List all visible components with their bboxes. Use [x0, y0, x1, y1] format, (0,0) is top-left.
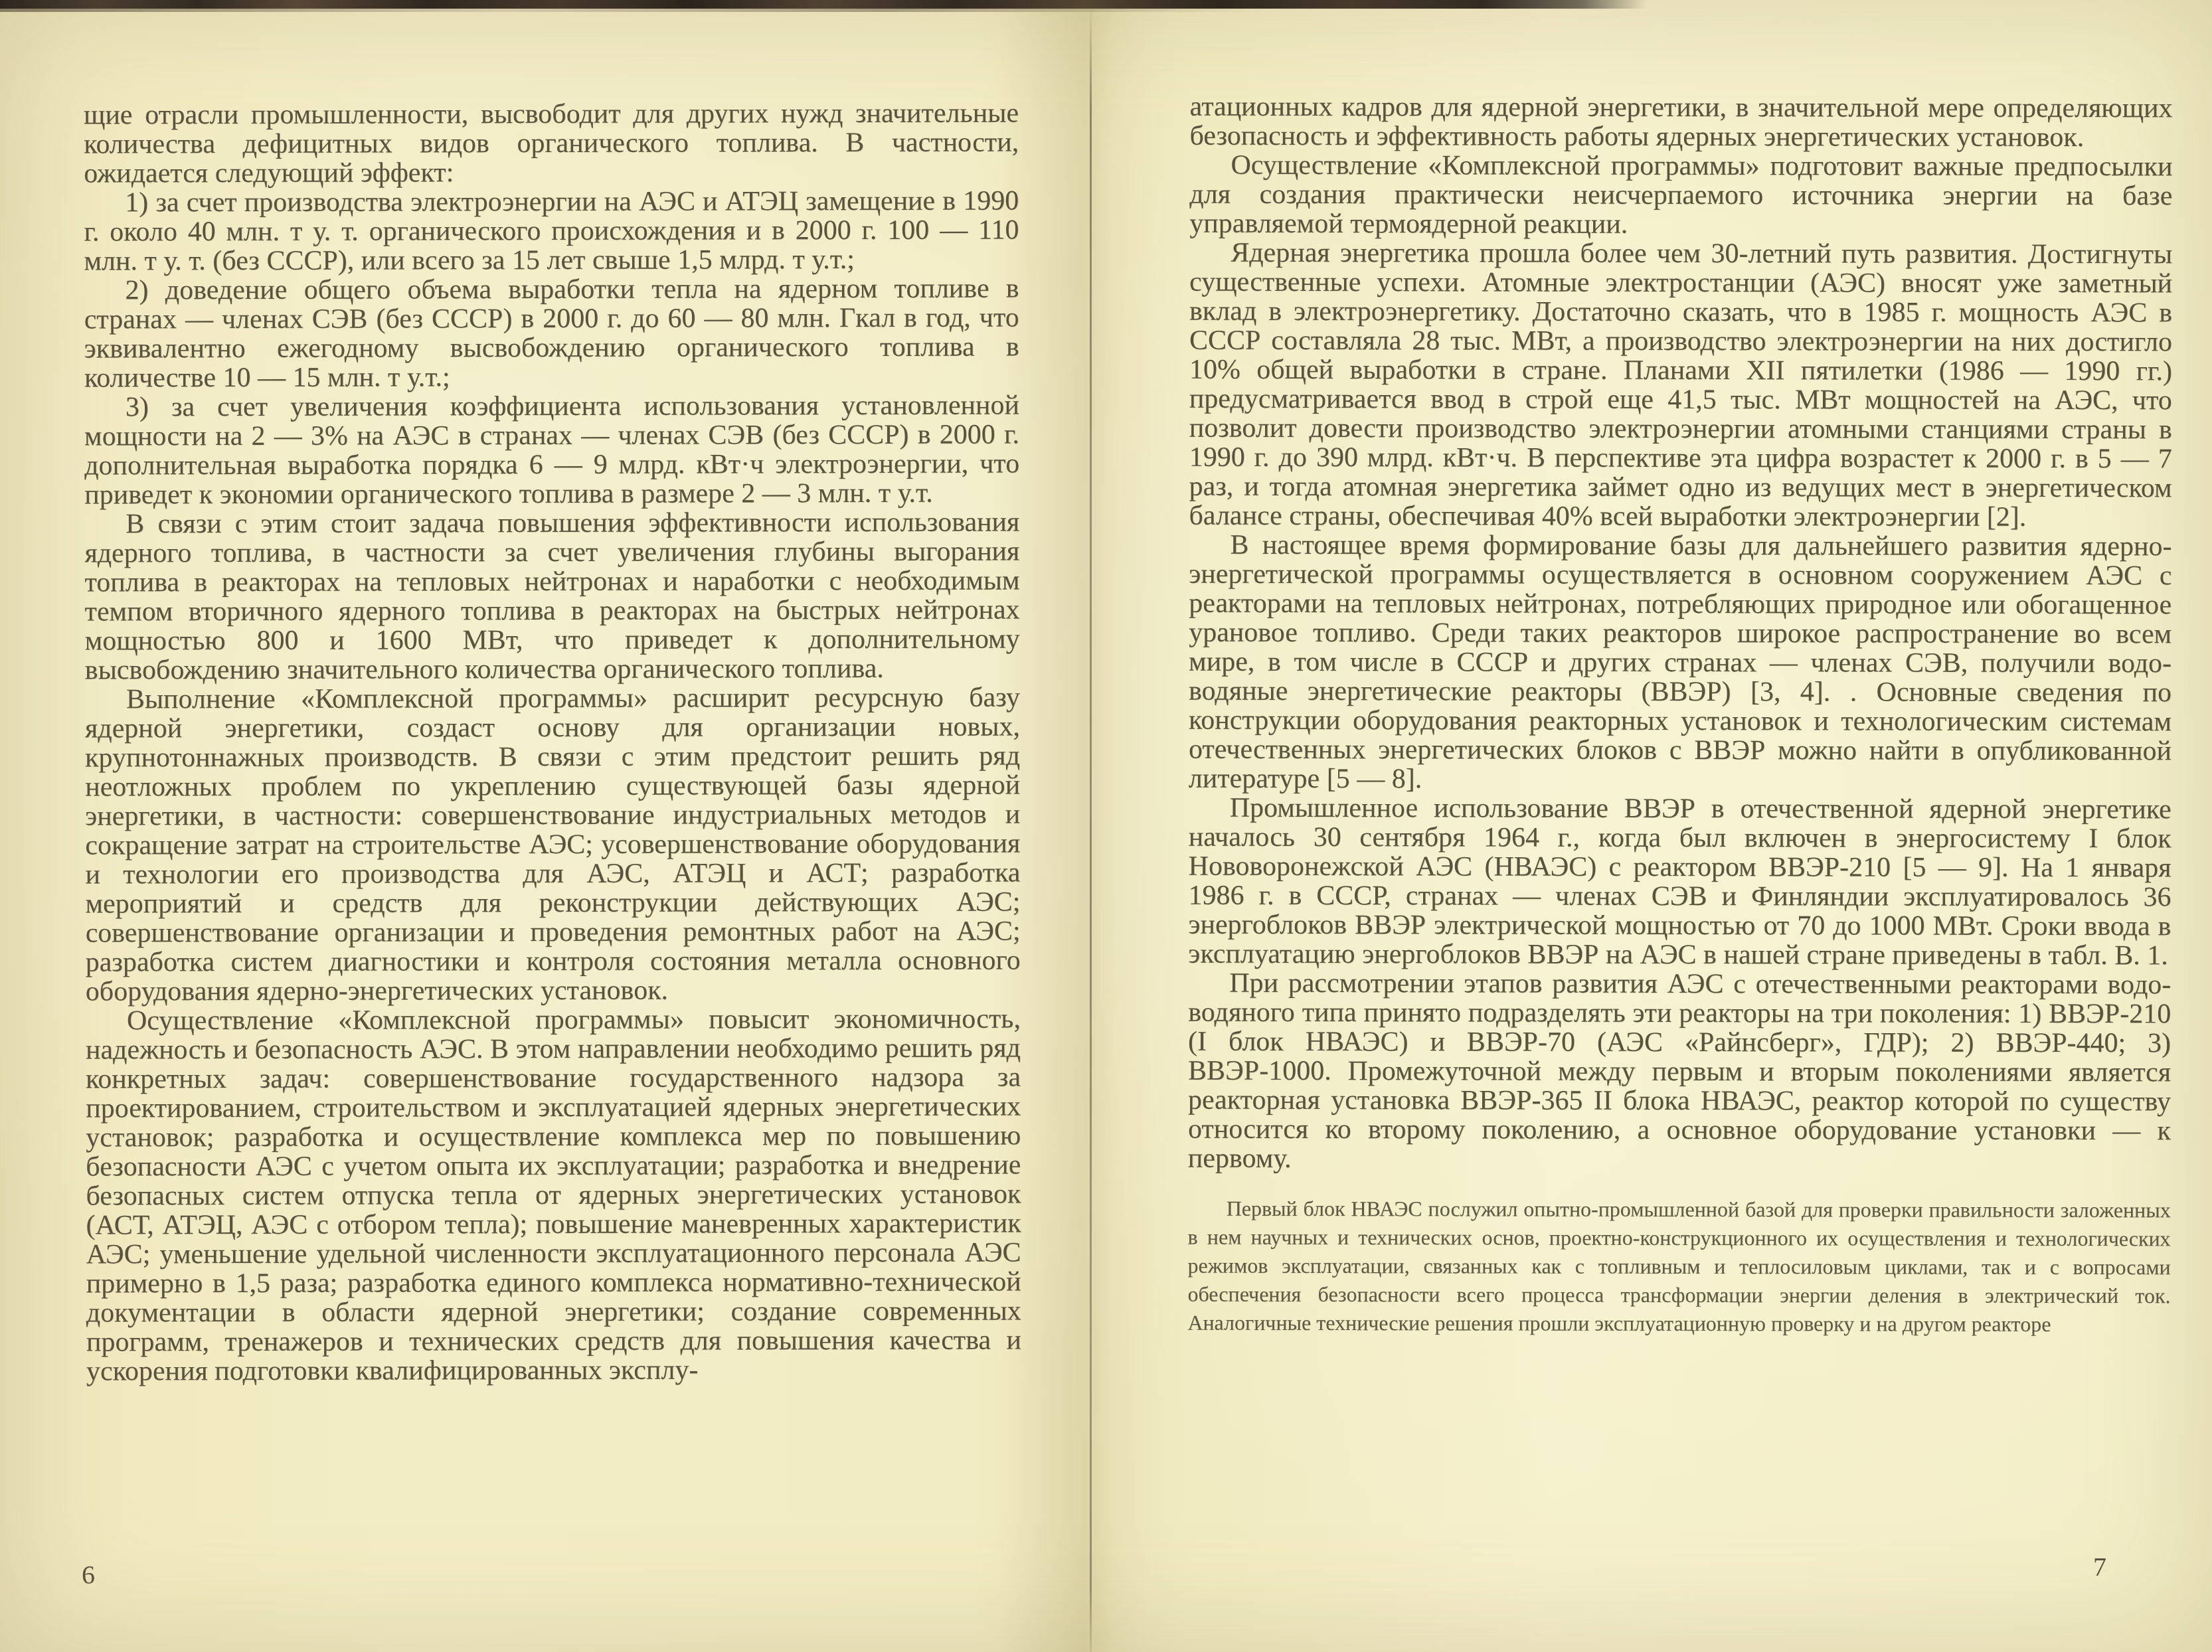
book-spread: щие отрасли промышленности, высвободит д… [0, 0, 2212, 1652]
page-number-left: 6 [82, 1559, 95, 1590]
paragraph: Осуществление «Комплексной программы» по… [1189, 151, 2172, 240]
paragraph: 3) за счет увеличения коэффициента испол… [84, 391, 1019, 510]
page-gutter-line [1090, 11, 1092, 1652]
paragraph: Ядерная энергетика прошла более чем 30-л… [1189, 238, 2172, 533]
page-number-right: 7 [2093, 1551, 2106, 1582]
paragraph: Выполнение «Комплексной программы» расши… [85, 683, 1021, 1007]
paragraph: В настоящее время формирование базы для … [1189, 531, 2172, 795]
paragraph: При рассмотрении этапов развития АЭС с о… [1188, 969, 2171, 1175]
paragraph: Осуществление «Комплексной программы» по… [86, 1005, 1021, 1386]
paragraph: В связи с этим стоит задача повышения эф… [84, 508, 1020, 685]
footnote: Первый блок НВАЭС послужил опытно-промыш… [1187, 1195, 2170, 1339]
book-top-edge [0, 0, 1647, 9]
page-left: щие отрасли промышленности, высвободит д… [84, 99, 1021, 1386]
paragraph: 2) доведение общего объема выработки теп… [84, 274, 1019, 393]
page-gutter-shadow [996, 0, 1189, 1652]
paragraph: Промышленное использование ВВЭР в отечес… [1188, 793, 2171, 971]
paragraph: щие отрасли промышленности, высвободит д… [84, 99, 1019, 189]
paragraph: 1) за счет производства электроэнергии н… [84, 187, 1019, 276]
page-right: атационных кадров для ядерной энергетики… [1187, 92, 2172, 1339]
paragraph: атационных кадров для ядерной энергетики… [1189, 92, 2172, 153]
